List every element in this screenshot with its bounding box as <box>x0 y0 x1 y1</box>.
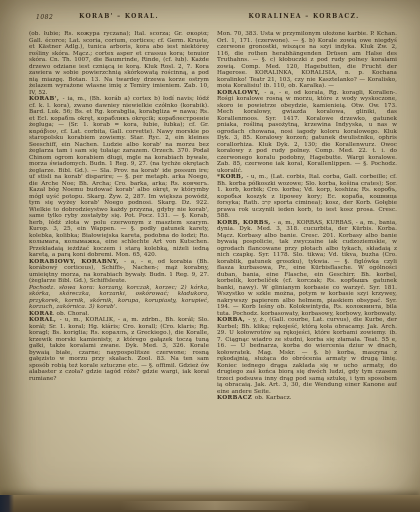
running-head-left: KORAB' – KORAL. <box>30 13 208 20</box>
text-columns: (ob. łubie; Rs. кожура ryczana); Ital. s… <box>29 31 397 491</box>
entry-koral: KORAL, - u, m., KORALIK, - a, m. zdrbn.,… <box>29 317 209 382</box>
entry-continuation-kora: (ob. łubie; Rs. кожура ryczana); Ital. s… <box>29 31 209 96</box>
entry-korabiowy: KORABIOWY, KORABNY, - a, - e, od korabia… <box>29 259 209 285</box>
entry-korbas: KORB, KORBS, - a, m., KORBAS, KURBAS, - … <box>217 220 397 318</box>
entry-korab: KORAB', - ia, m., (Bh. koráb a) cortex b… <box>29 96 209 259</box>
entry-koralowy: KORALOWY, - a, - e, od korala, Rg. korag… <box>217 90 397 175</box>
edge-highlight <box>120 501 310 510</box>
running-head-right: KORALINEA – KORBACZ. <box>212 13 396 20</box>
entry-korbacz-crossref: KORBACZ ob. Karbacz. <box>217 395 397 402</box>
text-column-right: Mon. 70, 383. Usta w przymilonym ułożone… <box>217 31 397 491</box>
entry-continuation-koral: Mon. 70, 383. Usta w przymilonym ułożone… <box>217 31 397 90</box>
page-bottom-edge <box>0 495 420 512</box>
derivatives-note: Pochodz. słowa kora: korzany, korczak, k… <box>29 285 209 311</box>
book-corner-shadow <box>0 495 14 512</box>
page-header: 1082 KORAB' – KORAL. KORALINEA – KORBACZ… <box>0 13 420 25</box>
text-column-left: (ob. łubie; Rs. кожура ryczana); Ital. s… <box>29 31 209 491</box>
entry-korba: KORBA, - y, ż., (Gall. courbe, Lat. curv… <box>217 317 397 395</box>
dictionary-page-scan: 1082 KORAB' – KORAL. KORALINEA – KORBACZ… <box>0 0 420 512</box>
entry-korb: *KORB, - u, m., (Lat. corbis, Ital. corb… <box>217 174 397 220</box>
